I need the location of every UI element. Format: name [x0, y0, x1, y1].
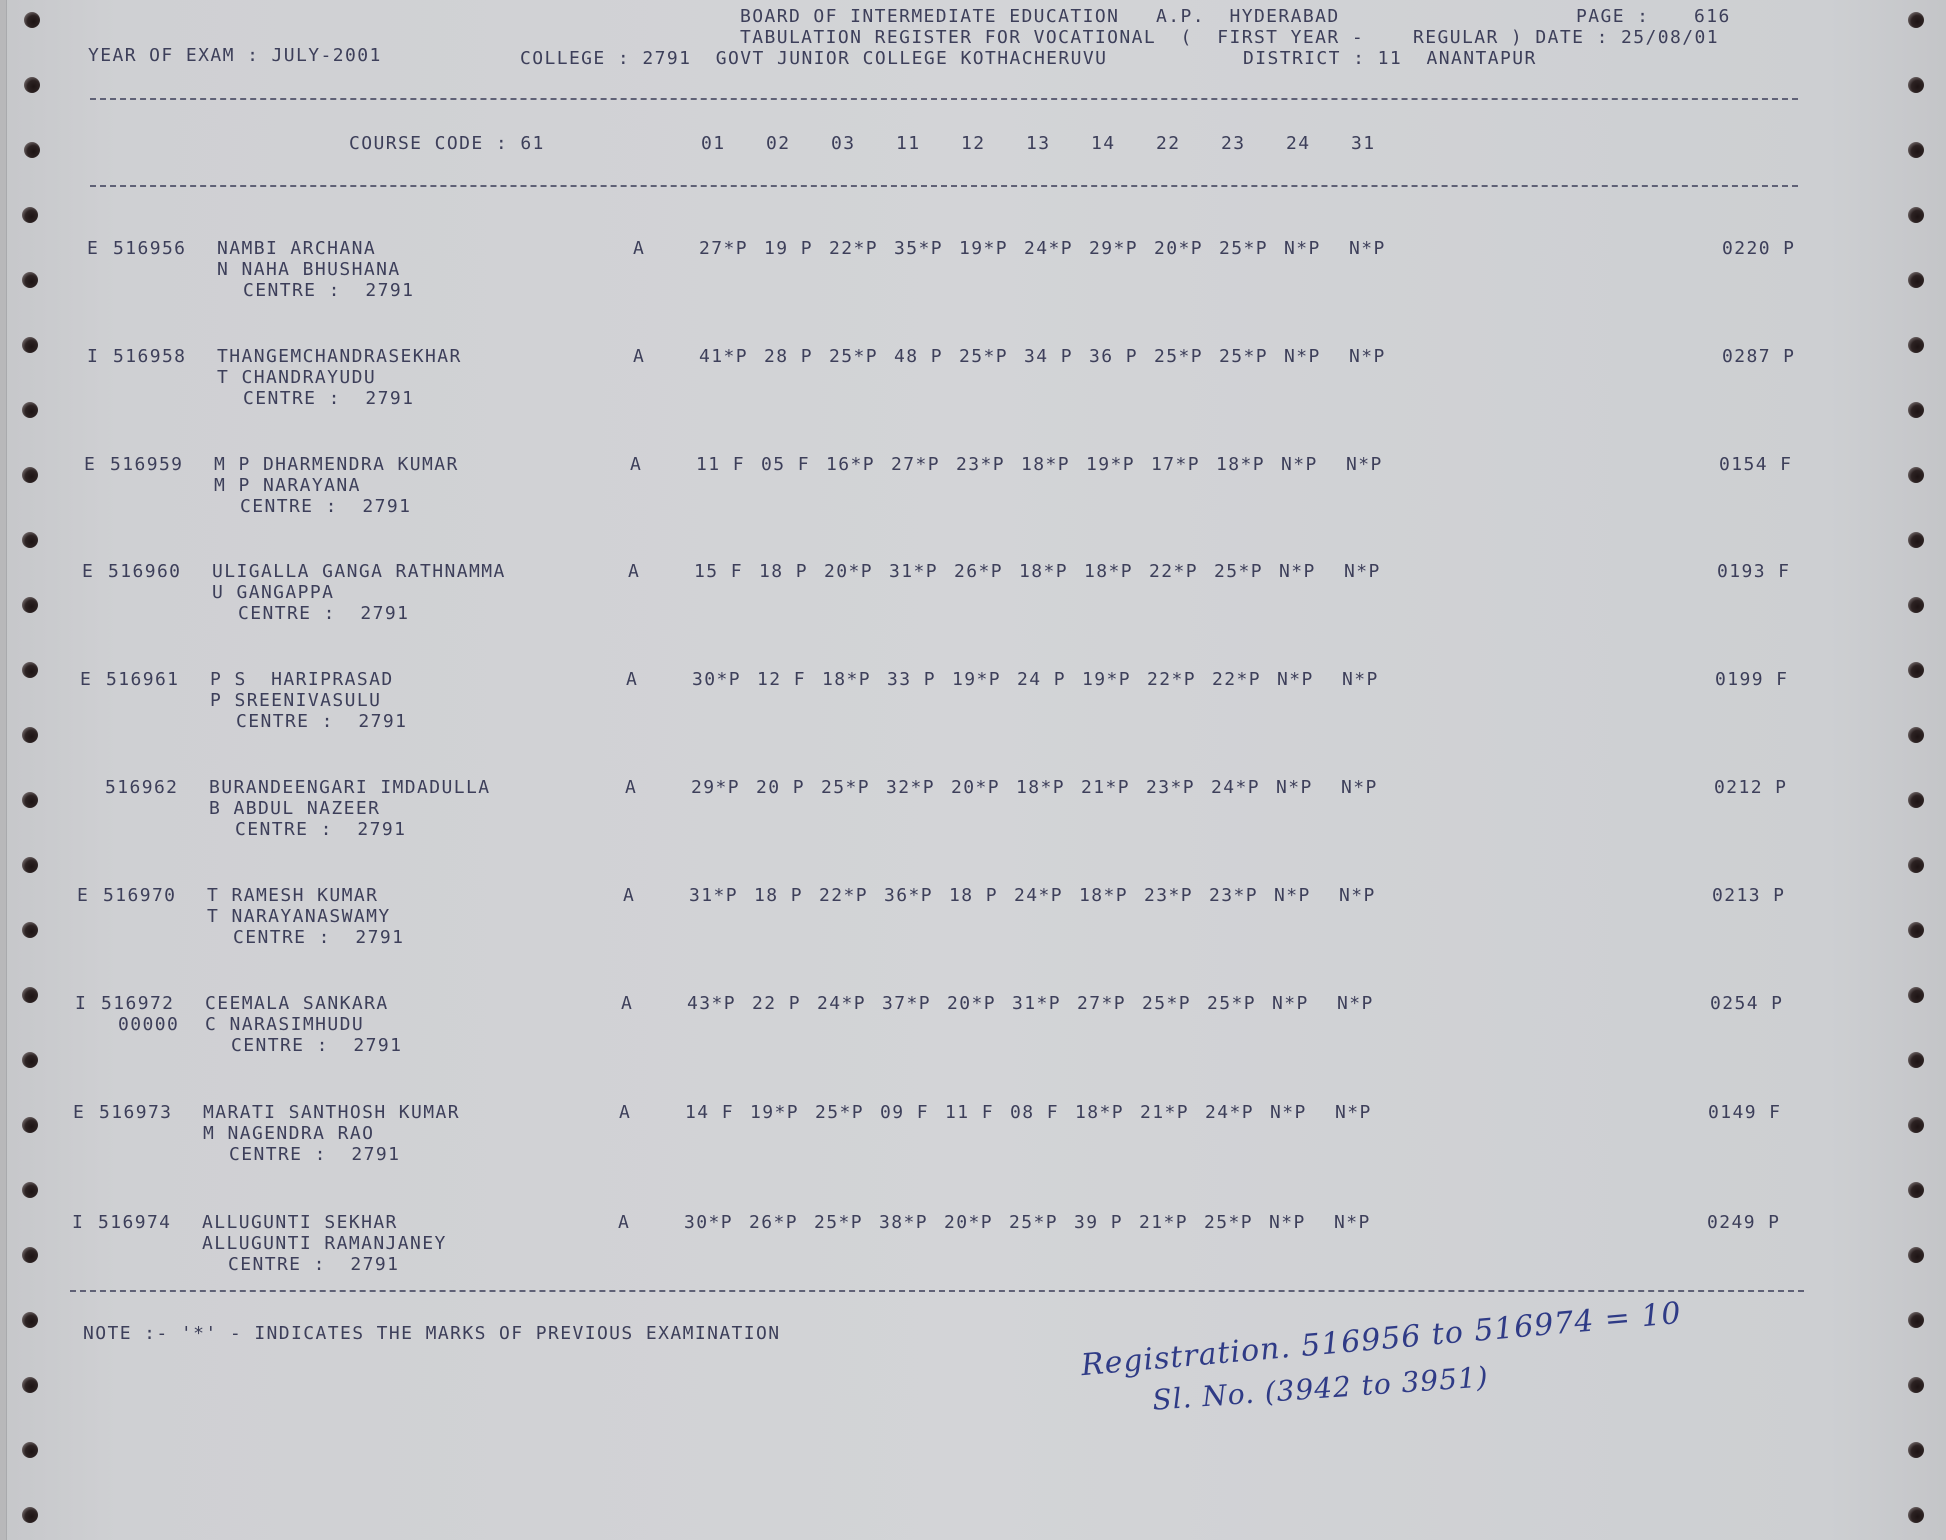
subject-mark: 23*P — [956, 454, 1005, 476]
tractor-hole — [1908, 1312, 1924, 1328]
subject-mark: 20 P — [756, 777, 805, 799]
subject-mark: 25*P — [829, 346, 878, 368]
subject-mark: 16*P — [826, 454, 875, 476]
college-info: COLLEGE : 2791 GOVT JUNIOR COLLEGE KOTHA… — [520, 48, 1107, 70]
parent-name: T NARAYANASWAMY — [207, 906, 391, 928]
candidate-category: E — [84, 454, 96, 476]
subject-mark: 11 F — [945, 1102, 994, 1124]
subject-mark: 20*P — [951, 777, 1000, 799]
subject-mark: 48 P — [894, 346, 943, 368]
subject-mark: 22*P — [1147, 669, 1196, 691]
candidate-name: P S HARIPRASAD — [210, 669, 394, 691]
subject-mark: 25*P — [1214, 561, 1263, 583]
total-result: 0193 F — [1717, 561, 1790, 583]
tractor-hole — [1908, 1442, 1924, 1458]
total-result: 0254 P — [1710, 993, 1783, 1015]
subject-mark: 33 P — [887, 669, 936, 691]
tractor-hole — [1908, 77, 1924, 93]
column-header-divider — [90, 185, 1798, 187]
subject-mark: 38*P — [879, 1212, 928, 1234]
registration-number: 516960 — [108, 561, 181, 583]
subject-mark: 20*P — [824, 561, 873, 583]
exam-centre: CENTRE : 2791 — [231, 1035, 402, 1057]
registration-number: 516961 — [106, 669, 179, 691]
subject-mark: 25*P — [959, 346, 1008, 368]
student-record: E516959M P DHARMENDRA KUMARM P NARAYANAC… — [0, 454, 1946, 544]
subject-mark: 18*P — [1021, 454, 1070, 476]
subject-mark: N*P — [1281, 454, 1318, 476]
subject-mark: 12 F — [757, 669, 806, 691]
exam-centre: CENTRE : 2791 — [235, 819, 406, 841]
subject-mark: N*P — [1341, 777, 1378, 799]
subject-mark: 21*P — [1140, 1102, 1189, 1124]
subject-code-header: 13 — [1026, 133, 1050, 155]
subject-mark: 23*P — [1144, 885, 1193, 907]
subject-mark: 23*P — [1209, 885, 1258, 907]
subject-mark: 31*P — [889, 561, 938, 583]
subject-mark: 19 P — [764, 238, 813, 260]
tractor-hole — [1908, 1507, 1924, 1523]
exam-centre: CENTRE : 2791 — [236, 711, 407, 733]
subject-mark: 18*P — [1216, 454, 1265, 476]
tractor-hole — [22, 1507, 38, 1523]
subject-mark: 29*P — [691, 777, 740, 799]
subject-mark: N*P — [1272, 993, 1309, 1015]
candidate-category: E — [87, 238, 99, 260]
tractor-hole — [24, 142, 40, 158]
student-record: E516961P S HARIPRASADP SREENIVASULUCENTR… — [0, 669, 1946, 759]
tractor-hole — [22, 1377, 38, 1393]
total-result: 0249 P — [1707, 1212, 1780, 1234]
subject-mark: 20*P — [947, 993, 996, 1015]
subject-mark: 09 F — [880, 1102, 929, 1124]
subject-code-header: 01 — [701, 133, 725, 155]
subject-mark: 18*P — [1016, 777, 1065, 799]
subject-code-header: 12 — [961, 133, 985, 155]
candidate-category: E — [73, 1102, 85, 1124]
parent-name: M P NARAYANA — [214, 475, 361, 497]
subject-mark: 18*P — [1079, 885, 1128, 907]
total-result: 0149 F — [1708, 1102, 1781, 1124]
registration-number: 516974 — [98, 1212, 171, 1234]
register-title: TABULATION REGISTER FOR VOCATIONAL ( FIR… — [740, 27, 1719, 49]
year-of-exam: YEAR OF EXAM : JULY-2001 — [88, 45, 382, 67]
subject-code-header: 31 — [1351, 133, 1375, 155]
registration-number: 516973 — [99, 1102, 172, 1124]
board-title: BOARD OF INTERMEDIATE EDUCATION A.P. HYD… — [740, 6, 1340, 28]
paper-edge — [0, 0, 7, 1540]
tractor-hole — [24, 77, 40, 93]
subject-mark: N*P — [1277, 669, 1314, 691]
registration-number: 516956 — [113, 238, 186, 260]
subject-mark: 26*P — [749, 1212, 798, 1234]
subject-mark: 36 P — [1089, 346, 1138, 368]
subject-mark: 41*P — [699, 346, 748, 368]
subject-mark: 23*P — [1146, 777, 1195, 799]
subject-mark: N*P — [1344, 561, 1381, 583]
subject-mark: 22*P — [829, 238, 878, 260]
tractor-hole — [1908, 207, 1924, 223]
parent-name: M NAGENDRA RAO — [203, 1123, 374, 1145]
subject-mark: N*P — [1284, 346, 1321, 368]
subject-mark: 27*P — [891, 454, 940, 476]
subject-mark: 32*P — [886, 777, 935, 799]
appearance-flag: A — [619, 1102, 631, 1124]
subject-mark: 25*P — [815, 1102, 864, 1124]
subject-mark: 19*P — [1086, 454, 1135, 476]
subject-mark: N*P — [1276, 777, 1313, 799]
appearance-flag: A — [626, 669, 638, 691]
subject-mark: 19*P — [750, 1102, 799, 1124]
header-divider — [90, 98, 1798, 100]
subject-mark: 20*P — [1154, 238, 1203, 260]
subject-mark: N*P — [1284, 238, 1321, 260]
exam-centre: CENTRE : 2791 — [228, 1254, 399, 1276]
student-record: I516974ALLUGUNTI SEKHARALLUGUNTI RAMANJA… — [0, 1212, 1946, 1302]
appearance-flag: A — [618, 1212, 630, 1234]
appearance-flag: A — [633, 238, 645, 260]
subject-mark: 19*P — [1082, 669, 1131, 691]
exam-centre: CENTRE : 2791 — [238, 603, 409, 625]
candidate-category: I — [75, 993, 87, 1015]
subject-mark: N*P — [1270, 1102, 1307, 1124]
subject-mark: 18*P — [1075, 1102, 1124, 1124]
exam-centre: CENTRE : 2791 — [243, 280, 414, 302]
total-result: 0212 P — [1714, 777, 1787, 799]
subject-mark: 27*P — [699, 238, 748, 260]
subject-mark: N*P — [1274, 885, 1311, 907]
sub-number: 00000 — [118, 1014, 179, 1036]
subject-code-header: 23 — [1221, 133, 1245, 155]
subject-mark: 25*P — [821, 777, 870, 799]
registration-number: 516959 — [110, 454, 183, 476]
subject-mark: 35*P — [894, 238, 943, 260]
exam-centre: CENTRE : 2791 — [243, 388, 414, 410]
subject-code-header: 22 — [1156, 133, 1180, 155]
parent-name: C NARASIMHUDU — [205, 1014, 364, 1036]
subject-mark: 18*P — [822, 669, 871, 691]
student-record: E516956NAMBI ARCHANAN NAHA BHUSHANACENTR… — [0, 238, 1946, 328]
appearance-flag: A — [623, 885, 635, 907]
tractor-hole — [22, 207, 38, 223]
page-label: PAGE : — [1576, 6, 1649, 28]
tractor-hole — [24, 12, 40, 28]
subject-mark: 22*P — [1149, 561, 1198, 583]
appearance-flag: A — [621, 993, 633, 1015]
subject-mark: 18 P — [759, 561, 808, 583]
subject-mark: 24 P — [1017, 669, 1066, 691]
tractor-hole — [22, 1442, 38, 1458]
subject-mark: 39 P — [1074, 1212, 1123, 1234]
subject-mark: 24*P — [1014, 885, 1063, 907]
appearance-flag: A — [625, 777, 637, 799]
subject-mark: 17*P — [1151, 454, 1200, 476]
subject-mark: 43*P — [687, 993, 736, 1015]
subject-mark: 25*P — [814, 1212, 863, 1234]
subject-mark: 25*P — [1219, 346, 1268, 368]
subject-mark: 31*P — [689, 885, 738, 907]
subject-code-header: 02 — [766, 133, 790, 155]
subject-mark: 34 P — [1024, 346, 1073, 368]
exam-centre: CENTRE : 2791 — [233, 927, 404, 949]
subject-mark: 18 P — [754, 885, 803, 907]
total-result: 0154 F — [1719, 454, 1792, 476]
subject-mark: 20*P — [944, 1212, 993, 1234]
subject-mark: 25*P — [1142, 993, 1191, 1015]
footnote: NOTE :- '*' - INDICATES THE MARKS OF PRE… — [83, 1323, 781, 1345]
tractor-hole — [1908, 142, 1924, 158]
student-record: I516958THANGEMCHANDRASEKHART CHANDRAYUDU… — [0, 346, 1946, 436]
appearance-flag: A — [630, 454, 642, 476]
tractor-hole — [1908, 12, 1924, 28]
candidate-name: THANGEMCHANDRASEKHAR — [217, 346, 462, 368]
subject-mark: 30*P — [692, 669, 741, 691]
subject-mark: 18*P — [1019, 561, 1068, 583]
student-record: E516973MARATI SANTHOSH KUMARM NAGENDRA R… — [0, 1102, 1946, 1192]
registration-number: 516972 — [101, 993, 174, 1015]
subject-mark: 24*P — [1205, 1102, 1254, 1124]
candidate-category: I — [72, 1212, 84, 1234]
subject-mark: N*P — [1346, 454, 1383, 476]
subject-code-header: 14 — [1091, 133, 1115, 155]
parent-name: B ABDUL NAZEER — [209, 798, 380, 820]
total-result: 0199 F — [1715, 669, 1788, 691]
registration-number: 516962 — [105, 777, 178, 799]
subject-code-header: 03 — [831, 133, 855, 155]
subject-mark: 27*P — [1077, 993, 1126, 1015]
course-code: COURSE CODE : 61 — [349, 133, 545, 155]
parent-name: ALLUGUNTI RAMANJANEY — [202, 1233, 447, 1255]
subject-mark: 11 F — [696, 454, 745, 476]
district-info: DISTRICT : 11 ANANTAPUR — [1243, 48, 1537, 70]
tractor-hole — [22, 1312, 38, 1328]
registration-number: 516958 — [113, 346, 186, 368]
parent-name: N NAHA BHUSHANA — [217, 259, 401, 281]
subject-mark: 22 P — [752, 993, 801, 1015]
subject-mark: 25*P — [1154, 346, 1203, 368]
student-record: E516960ULIGALLA GANGA RATHNAMMAU GANGAPP… — [0, 561, 1946, 651]
subject-mark: N*P — [1334, 1212, 1371, 1234]
subject-mark: N*P — [1339, 885, 1376, 907]
subject-mark: 15 F — [694, 561, 743, 583]
subject-mark: 24*P — [1024, 238, 1073, 260]
appearance-flag: A — [633, 346, 645, 368]
subject-mark: N*P — [1349, 238, 1386, 260]
left-tractor-holes — [22, 0, 46, 1540]
candidate-category: I — [87, 346, 99, 368]
subject-mark: 25*P — [1009, 1212, 1058, 1234]
student-record: E516970T RAMESH KUMART NARAYANASWAMYCENT… — [0, 885, 1946, 975]
candidate-name: T RAMESH KUMAR — [207, 885, 378, 907]
total-result: 0213 P — [1712, 885, 1785, 907]
candidate-name: ULIGALLA GANGA RATHNAMMA — [212, 561, 506, 583]
subject-mark: 25*P — [1207, 993, 1256, 1015]
appearance-flag: A — [628, 561, 640, 583]
subject-mark: 19*P — [952, 669, 1001, 691]
subject-code-header: 11 — [896, 133, 920, 155]
subject-mark: 24*P — [1211, 777, 1260, 799]
subject-mark: 28 P — [764, 346, 813, 368]
subject-mark: N*P — [1342, 669, 1379, 691]
candidate-name: M P DHARMENDRA KUMAR — [214, 454, 459, 476]
subject-mark: 18 P — [949, 885, 998, 907]
candidate-category: E — [82, 561, 94, 583]
subject-mark: 21*P — [1081, 777, 1130, 799]
subject-mark: 21*P — [1139, 1212, 1188, 1234]
parent-name: U GANGAPPA — [212, 582, 334, 604]
tabulation-register-page: BOARD OF INTERMEDIATE EDUCATION A.P. HYD… — [0, 0, 1946, 1540]
candidate-category: E — [80, 669, 92, 691]
candidate-name: MARATI SANTHOSH KUMAR — [203, 1102, 460, 1124]
exam-centre: CENTRE : 2791 — [229, 1144, 400, 1166]
candidate-category: E — [77, 885, 89, 907]
subject-mark: N*P — [1335, 1102, 1372, 1124]
tractor-hole — [1908, 1377, 1924, 1393]
candidate-name: ALLUGUNTI SEKHAR — [202, 1212, 398, 1234]
subject-mark: N*P — [1337, 993, 1374, 1015]
subject-mark: 30*P — [684, 1212, 733, 1234]
subject-mark: 25*P — [1204, 1212, 1253, 1234]
exam-centre: CENTRE : 2791 — [240, 496, 411, 518]
student-record: I51697200000CEEMALA SANKARAC NARASIMHUDU… — [0, 993, 1946, 1083]
total-result: 0287 P — [1722, 346, 1795, 368]
subject-mark: N*P — [1269, 1212, 1306, 1234]
subject-mark: 22*P — [819, 885, 868, 907]
subject-mark: 18*P — [1084, 561, 1133, 583]
subject-mark: 08 F — [1010, 1102, 1059, 1124]
subject-mark: 24*P — [817, 993, 866, 1015]
subject-mark: 25*P — [1219, 238, 1268, 260]
subject-mark: 37*P — [882, 993, 931, 1015]
total-result: 0220 P — [1722, 238, 1795, 260]
subject-mark: 14 F — [685, 1102, 734, 1124]
candidate-name: CEEMALA SANKARA — [205, 993, 389, 1015]
right-tractor-holes — [1908, 0, 1932, 1540]
candidate-name: NAMBI ARCHANA — [217, 238, 376, 260]
registration-number: 516970 — [103, 885, 176, 907]
subject-mark: N*P — [1349, 346, 1386, 368]
subject-mark: 26*P — [954, 561, 1003, 583]
subject-mark: N*P — [1279, 561, 1316, 583]
page-number: 616 — [1694, 6, 1731, 28]
subject-mark: 36*P — [884, 885, 933, 907]
parent-name: P SREENIVASULU — [210, 690, 381, 712]
student-record: 516962BURANDEENGARI IMDADULLAB ABDUL NAZ… — [0, 777, 1946, 867]
subject-mark: 31*P — [1012, 993, 1061, 1015]
subject-mark: 05 F — [761, 454, 810, 476]
subject-mark: 22*P — [1212, 669, 1261, 691]
subject-mark: 29*P — [1089, 238, 1138, 260]
candidate-name: BURANDEENGARI IMDADULLA — [209, 777, 490, 799]
subject-code-header: 24 — [1286, 133, 1310, 155]
footer-divider — [70, 1290, 1804, 1292]
parent-name: T CHANDRAYUDU — [217, 367, 376, 389]
subject-mark: 19*P — [959, 238, 1008, 260]
